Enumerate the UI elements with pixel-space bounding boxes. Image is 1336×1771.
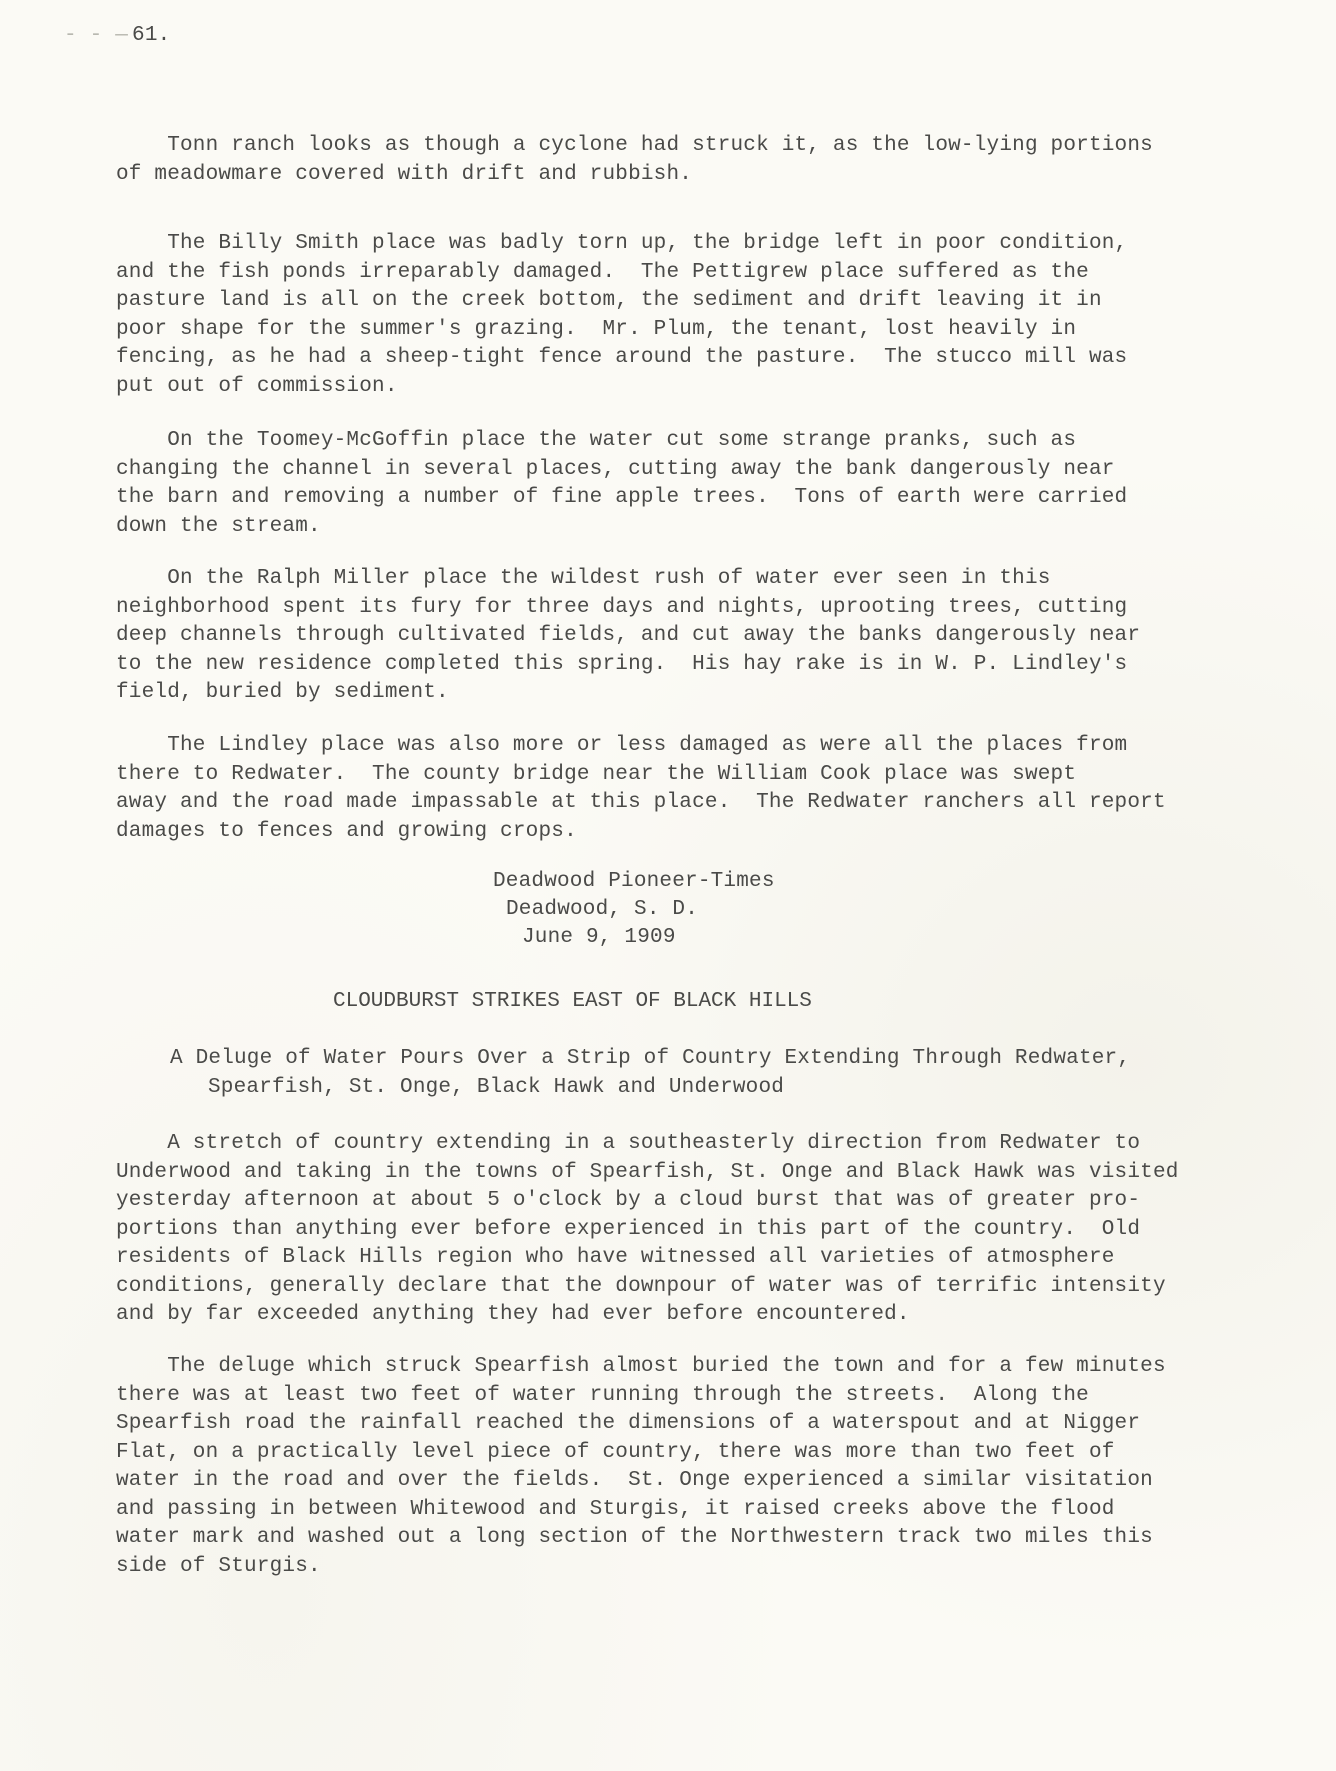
- text-line: the barn and removing a number of fine a…: [116, 484, 1296, 513]
- source-location: Deadwood, S. D.: [506, 898, 698, 921]
- text-line: The Lindley place was also more or less …: [116, 732, 1296, 761]
- article-headline: CLOUDBURST STRIKES EAST OF BLACK HILLS: [333, 990, 812, 1013]
- subheadline-line: Spearfish, St. Onge, Black Hawk and Unde…: [170, 1074, 1130, 1103]
- text-line: there was at least two feet of water run…: [116, 1382, 1296, 1411]
- margin-mark: - - —: [64, 24, 128, 47]
- subheadline-line: A Deluge of Water Pours Over a Strip of …: [170, 1045, 1130, 1074]
- paragraph-toomey-mcgoffin: On the Toomey-McGoffin place the water c…: [116, 427, 1296, 541]
- text-line: poor shape for the summer's grazing. Mr.…: [116, 316, 1296, 345]
- text-line: On the Ralph Miller place the wildest ru…: [116, 565, 1296, 594]
- text-line: portions than anything ever before exper…: [116, 1216, 1296, 1245]
- text-line: yesterday afternoon at about 5 o'clock b…: [116, 1187, 1296, 1216]
- text-line: The Billy Smith place was badly torn up,…: [116, 230, 1296, 259]
- text-line: side of Sturgis.: [116, 1553, 1296, 1582]
- text-line: pasture land is all on the creek bottom,…: [116, 287, 1296, 316]
- text-line: water mark and washed out a long section…: [116, 1524, 1296, 1553]
- page-number: - - —61.: [64, 24, 170, 47]
- text-line: of meadowmare covered with drift and rub…: [116, 161, 1296, 190]
- text-line: and passing in between Whitewood and Stu…: [116, 1496, 1296, 1525]
- text-line: Tonn ranch looks as though a cyclone had…: [116, 132, 1296, 161]
- source-date: June 9, 1909: [522, 926, 676, 949]
- text-line: The deluge which struck Spearfish almost…: [116, 1353, 1296, 1382]
- text-line: Spearfish road the rainfall reached the …: [116, 1410, 1296, 1439]
- paragraph-stretch-of-country: A stretch of country extending in a sout…: [116, 1130, 1296, 1330]
- paragraph-billy-smith: The Billy Smith place was badly torn up,…: [116, 230, 1296, 401]
- document-page: - - —61. Tonn ranch looks as though a cy…: [0, 0, 1336, 1771]
- text-line: damages to fences and growing crops.: [116, 818, 1296, 847]
- text-line: and by far exceeded anything they had ev…: [116, 1301, 1296, 1330]
- text-line: changing the channel in several places, …: [116, 456, 1296, 485]
- text-line: Flat, on a practically level piece of co…: [116, 1439, 1296, 1468]
- text-line: conditions, generally declare that the d…: [116, 1273, 1296, 1302]
- text-line: and the fish ponds irreparably damaged. …: [116, 259, 1296, 288]
- text-line: away and the road made impassable at thi…: [116, 789, 1296, 818]
- text-line: field, buried by sediment.: [116, 679, 1296, 708]
- text-line: water in the road and over the fields. S…: [116, 1467, 1296, 1496]
- text-line: there to Redwater. The county bridge nea…: [116, 761, 1296, 790]
- text-line: residents of Black Hills region who have…: [116, 1244, 1296, 1273]
- paragraph-tonn-ranch: Tonn ranch looks as though a cyclone had…: [116, 132, 1296, 189]
- text-line: neighborhood spent its fury for three da…: [116, 594, 1296, 623]
- text-line: to the new residence completed this spri…: [116, 651, 1296, 680]
- text-line: A stretch of country extending in a sout…: [116, 1130, 1296, 1159]
- text-line: put out of commission.: [116, 373, 1296, 402]
- text-line: Underwood and taking in the towns of Spe…: [116, 1159, 1296, 1188]
- text-line: fencing, as he had a sheep-tight fence a…: [116, 344, 1296, 373]
- paragraph-lindley: The Lindley place was also more or less …: [116, 732, 1296, 846]
- text-line: deep channels through cultivated fields,…: [116, 622, 1296, 651]
- text-line: down the stream.: [116, 513, 1296, 542]
- paragraph-deluge-spearfish: The deluge which struck Spearfish almost…: [116, 1353, 1296, 1581]
- source-newspaper: Deadwood Pioneer-Times: [493, 870, 775, 893]
- article-subheadline: A Deluge of Water Pours Over a Strip of …: [170, 1045, 1130, 1102]
- text-line: On the Toomey-McGoffin place the water c…: [116, 427, 1296, 456]
- paragraph-ralph-miller: On the Ralph Miller place the wildest ru…: [116, 565, 1296, 708]
